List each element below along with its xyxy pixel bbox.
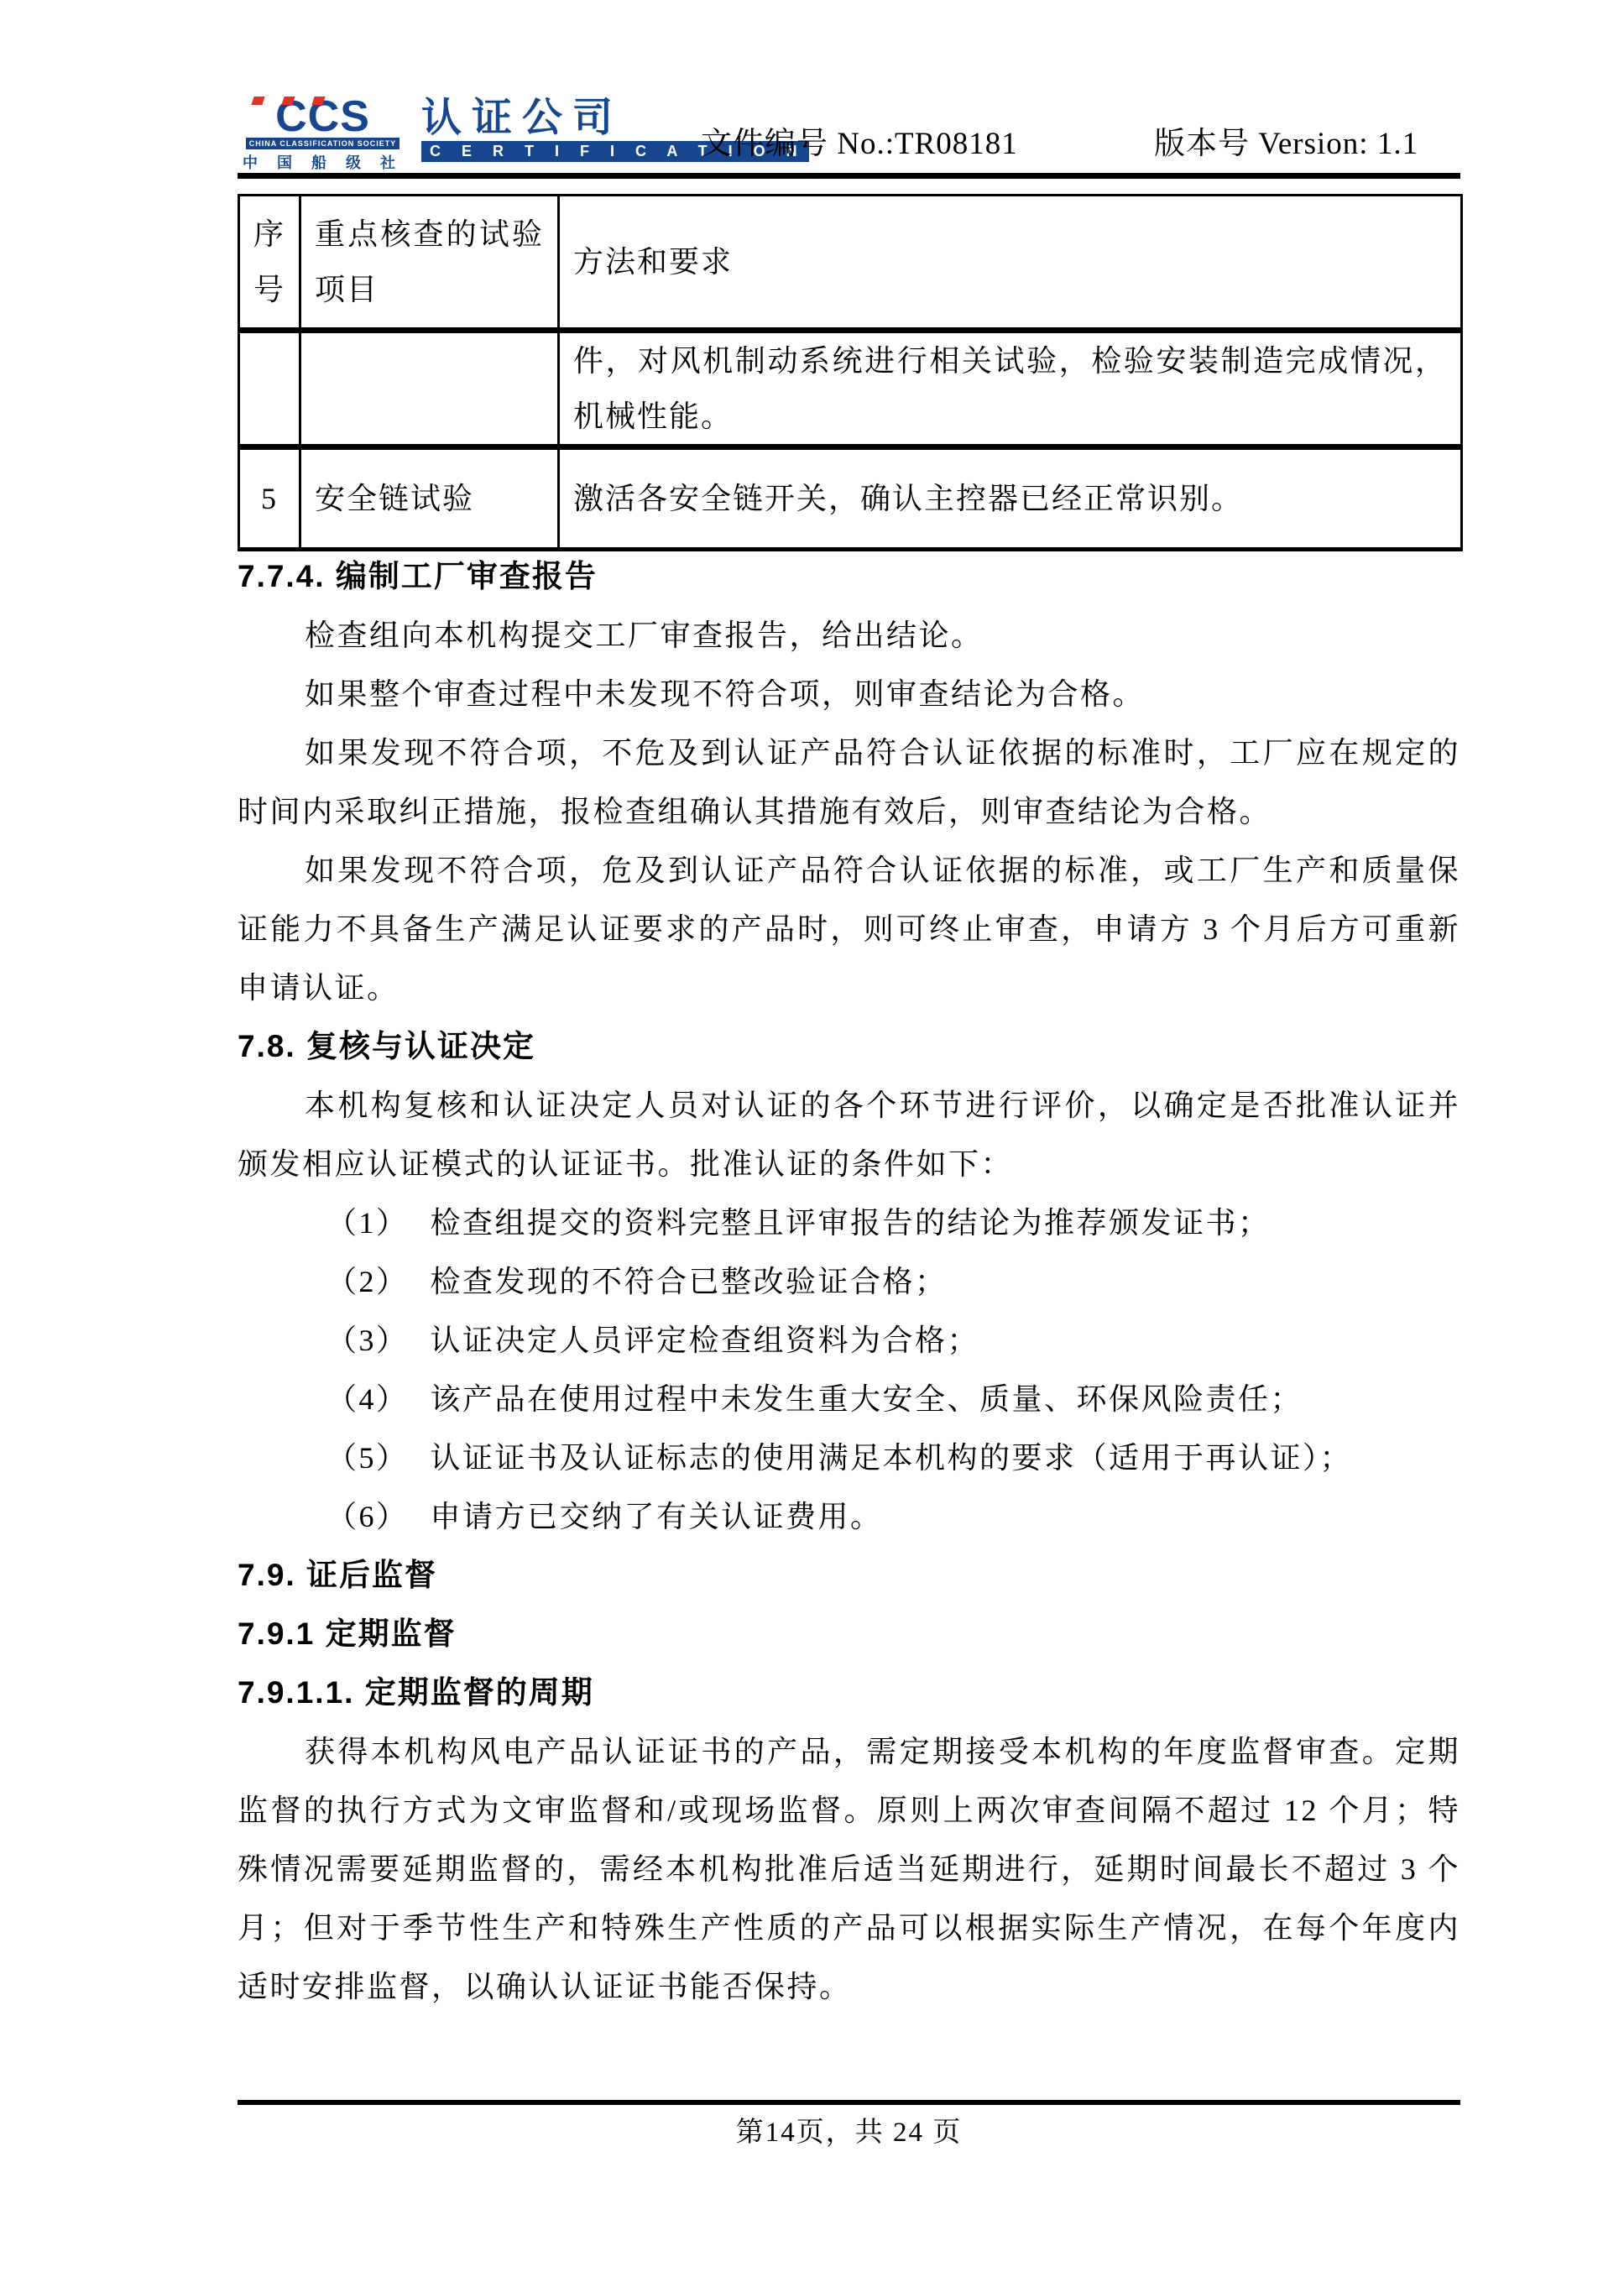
- list-item-text: 检查发现的不符合已整改验证合格；: [431, 1265, 948, 1298]
- section-heading: 7.8. 复核与认证决定: [238, 1017, 1460, 1076]
- cell-method: 件，对风机制动系统进行相关试验，检验安装制造完成情况，机械性能。: [559, 331, 1462, 447]
- list-item: （5）认证证书及认证标志的使用满足本机构的要求（适用于再认证）；: [238, 1428, 1460, 1487]
- list-item: （1）检查组提交的资料完整且评审报告的结论为推荐颁发证书；: [238, 1193, 1460, 1252]
- list-item: （6）申请方已交纳了有关认证费用。: [238, 1487, 1460, 1546]
- page-header: CCS CHINA CLASSIFICATION SOCIETY 中 国 船 级…: [238, 97, 1460, 166]
- page-number: 第14页，共 24 页: [238, 2110, 1460, 2149]
- inspection-items-table: 序号 重点核查的试验项目 方法和要求 件，对风机制动系统进行相关试验，检验安装制…: [238, 194, 1463, 551]
- table-row: 件，对风机制动系统进行相关试验，检验安装制造完成情况，机械性能。: [239, 331, 1462, 447]
- section-heading: 7.9.1.1. 定期监督的周期: [238, 1663, 1460, 1722]
- table-header-no: 序号: [239, 196, 300, 331]
- list-item-number: （3）: [326, 1324, 409, 1357]
- list-item-number: （1）: [326, 1206, 409, 1240]
- list-item-number: （2）: [326, 1265, 409, 1298]
- list-item-text: 认证证书及认证标志的使用满足本机构的要求（适用于再认证）；: [431, 1441, 1353, 1475]
- table-header-item: 重点核查的试验项目: [300, 196, 559, 331]
- cell-no: 5: [239, 447, 300, 550]
- list-item: （2）检查发现的不符合已整改验证合格；: [238, 1252, 1460, 1311]
- list-item-text: 申请方已交纳了有关认证费用。: [431, 1500, 883, 1533]
- section-heading: 7.9. 证后监督: [238, 1546, 1460, 1605]
- footer-divider: [238, 2100, 1460, 2105]
- list-item-number: （4）: [326, 1382, 409, 1416]
- section-heading: 7.9.1 定期监督: [238, 1605, 1460, 1663]
- document-version: 版本号 Version: 1.1: [1154, 118, 1418, 163]
- ccs-red-flag-icon: [251, 97, 264, 105]
- document-page: CCS CHINA CLASSIFICATION SOCIETY 中 国 船 级…: [0, 0, 1624, 2277]
- cell-no: [239, 331, 300, 447]
- header-divider: [238, 173, 1460, 179]
- paragraph: 如果发现不符合项，不危及到认证产品符合认证依据的标准时，工厂应在规定的时间内采取…: [238, 723, 1460, 841]
- section-heading: 7.7.4. 编制工厂审查报告: [238, 547, 1460, 606]
- list-item-text: 检查组提交的资料完整且评审报告的结论为推荐颁发证书；: [431, 1206, 1271, 1240]
- cell-item: [300, 331, 559, 447]
- ccs-logo-left: CCS CHINA CLASSIFICATION SOCIETY 中 国 船 级…: [243, 99, 403, 173]
- list-item-text: 该产品在使用过程中未发生重大安全、质量、环保风险责任；: [431, 1382, 1303, 1416]
- list-item-number: （6）: [326, 1500, 409, 1533]
- paragraph: 检查组向本机构提交工厂审查报告，给出结论。: [238, 606, 1460, 665]
- list-item: （3）认证决定人员评定检查组资料为合格；: [238, 1311, 1460, 1370]
- table-header-row: 序号 重点核查的试验项目 方法和要求: [239, 196, 1462, 331]
- list-item-number: （5）: [326, 1441, 409, 1475]
- paragraph: 获得本机构风电产品认证证书的产品，需定期接受本机构的年度监督审查。定期监督的执行…: [238, 1722, 1460, 2016]
- list-item-text: 认证决定人员评定检查组资料为合格；: [431, 1324, 980, 1357]
- list-item: （4）该产品在使用过程中未发生重大安全、质量、环保风险责任；: [238, 1370, 1460, 1428]
- cell-item: 安全链试验: [300, 447, 559, 550]
- table-header-method: 方法和要求: [559, 196, 1462, 331]
- document-body: 7.7.4. 编制工厂审查报告 检查组向本机构提交工厂审查报告，给出结论。 如果…: [238, 547, 1460, 2016]
- table-row: 5 安全链试验 激活各安全链开关，确认主控器已经正常识别。: [239, 447, 1462, 550]
- society-name-cn: 中 国 船 级 社: [243, 151, 403, 173]
- cell-method: 激活各安全链开关，确认主控器已经正常识别。: [559, 447, 1462, 550]
- paragraph: 本机构复核和认证决定人员对认证的各个环节进行评价，以确定是否批准认证并颁发相应认…: [238, 1076, 1460, 1193]
- paragraph: 如果发现不符合项，危及到认证产品符合认证依据的标准，或工厂生产和质量保证能力不具…: [238, 841, 1460, 1017]
- document-number: 文件编号 No.:TR08181: [701, 118, 1018, 163]
- paragraph: 如果整个审查过程中未发现不符合项，则审查结论为合格。: [238, 665, 1460, 723]
